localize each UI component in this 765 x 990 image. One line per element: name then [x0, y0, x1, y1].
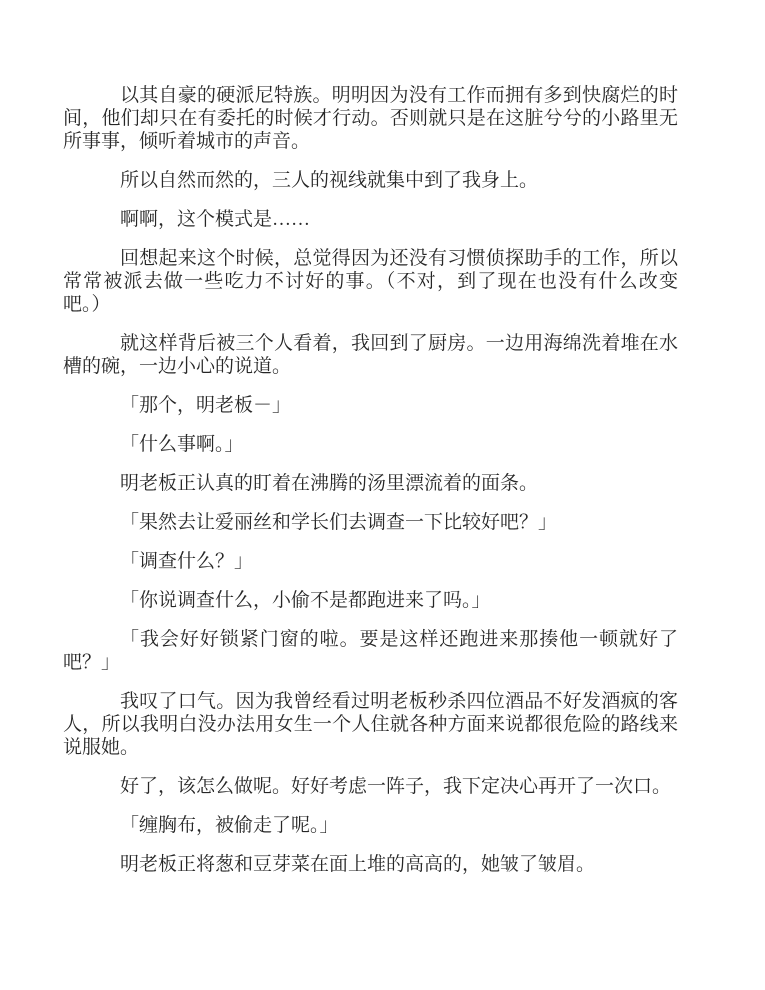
- paragraph: 「你说调查什么，小偷不是都跑进来了吗。」: [63, 589, 678, 612]
- paragraph: 啊啊，这个模式是……: [63, 208, 678, 231]
- paragraph: 就这样背后被三个人看着，我回到了厨房。一边用海绵洗着堆在水槽的碗，一边小心的说道…: [63, 332, 678, 378]
- paragraph: 「调查什么？」: [63, 550, 678, 573]
- document-body: 以其自豪的硬派尼特族。明明因为没有工作而拥有多到快腐烂的时间，他们却只在有委托的…: [63, 84, 678, 892]
- paragraph: 明老板正将葱和豆芽菜在面上堆的高高的，她皱了皱眉。: [63, 853, 678, 876]
- paragraph: 回想起来这个时候，总觉得因为还没有习惯侦探助手的工作，所以常常被派去做一些吃力不…: [63, 247, 678, 316]
- paragraph: 所以自然而然的，三人的视线就集中到了我身上。: [63, 169, 678, 192]
- paragraph: 明老板正认真的盯着在沸腾的汤里漂流着的面条。: [63, 472, 678, 495]
- document-page: 以其自豪的硬派尼特族。明明因为没有工作而拥有多到快腐烂的时间，他们却只在有委托的…: [0, 0, 765, 990]
- paragraph: 「缠胸布，被偷走了呢。」: [63, 814, 678, 837]
- paragraph: 「果然去让爱丽丝和学长们去调查一下比较好吧？」: [63, 511, 678, 534]
- paragraph: 我叹了口气。因为我曾经看过明老板秒杀四位酒品不好发酒疯的客人，所以我明白没办法用…: [63, 690, 678, 759]
- paragraph: 「我会好好锁紧门窗的啦。要是这样还跑进来那揍他一顿就好了吧？」: [63, 628, 678, 674]
- paragraph: 好了，该怎么做呢。好好考虑一阵子，我下定决心再开了一次口。: [63, 775, 678, 798]
- paragraph: 以其自豪的硬派尼特族。明明因为没有工作而拥有多到快腐烂的时间，他们却只在有委托的…: [63, 84, 678, 153]
- paragraph: 「那个，明老板－」: [63, 394, 678, 417]
- paragraph: 「什么事啊。」: [63, 433, 678, 456]
